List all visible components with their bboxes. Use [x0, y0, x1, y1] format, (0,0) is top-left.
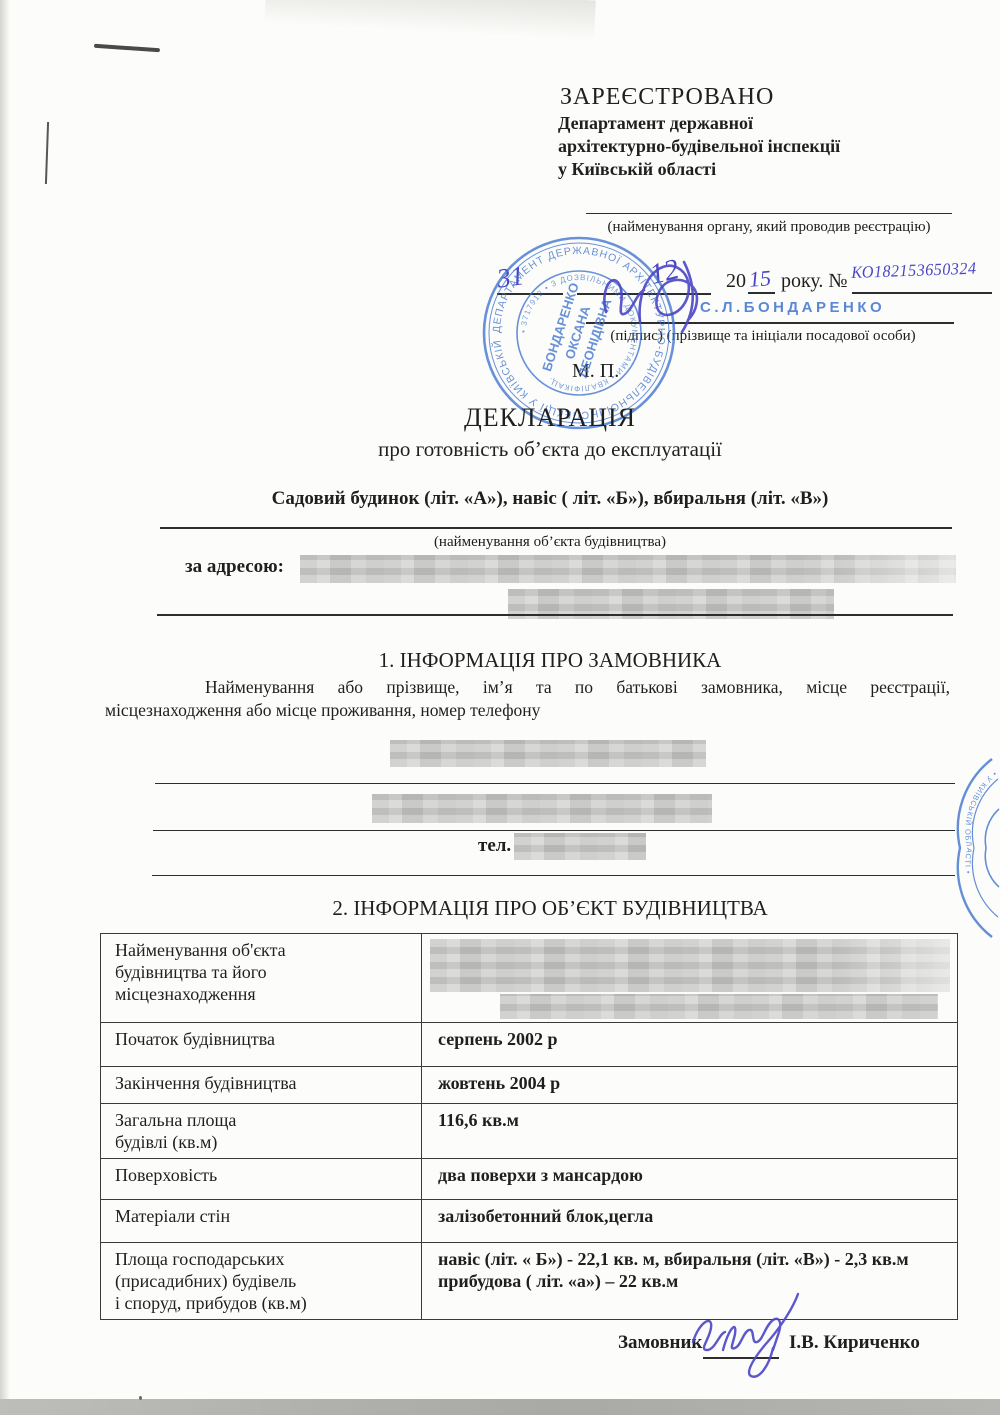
row-label: Поверховість: [101, 1158, 422, 1199]
table-row: Матеріали стін залізобетонний блок,цегла: [101, 1199, 958, 1242]
org-caption-line: [586, 213, 952, 214]
number-blank-line: [852, 292, 992, 294]
section1-desc-line2: місцезнаходження або місце проживання, н…: [105, 700, 805, 721]
scan-dot: [139, 1396, 142, 1400]
object-info-table: Найменування об'єкта будівництва та його…: [100, 933, 958, 1320]
registered-title: ЗАРЕЄСТРОВАНО: [560, 84, 774, 111]
table-row: Загальна площа будівлі (кв.м) 116,6 кв.м: [101, 1104, 958, 1159]
row-label: Початок будівництва: [101, 1023, 422, 1067]
row-value: жовтень 2004 р: [422, 1067, 958, 1104]
row-value: два поверхи з мансардою: [422, 1158, 958, 1199]
row-label: Загальна площа будівлі (кв.м): [101, 1104, 422, 1159]
table-row: Найменування об'єкта будівництва та його…: [101, 934, 958, 1023]
scan-line-mark: [45, 122, 49, 184]
scan-pen-mark: [94, 44, 160, 52]
redacted-customer-address: [372, 794, 712, 823]
redacted-customer-name: [390, 740, 706, 767]
row-value: серпень 2002 р: [422, 1023, 958, 1067]
scan-bottom-band: [0, 1399, 1000, 1415]
redacted-address-line1: [300, 555, 956, 583]
registering-org-line1: Департамент державної: [558, 113, 753, 134]
row-value: 116,6 кв.м: [422, 1104, 958, 1159]
row-label: Закінчення будівництва: [101, 1067, 422, 1104]
table-row: Закінчення будівництва жовтень 2004 р: [101, 1067, 958, 1104]
row-value: залізобетонний блок,цегла: [422, 1199, 958, 1242]
object-caption: (найменування об’єкта будівництва): [300, 534, 800, 551]
row-label: Найменування об'єкта будівництва та його…: [101, 934, 422, 1023]
scan-top-shade: [264, 0, 596, 41]
official-name-stamp: С.Л.БОНДАРЕНКО: [700, 299, 885, 316]
handwritten-year: 15: [748, 265, 772, 293]
section1-line3: [152, 875, 955, 876]
row-label: Площа господарських (присадибних) будіве…: [101, 1242, 422, 1319]
declaration-subtitle: про готовність об’єкта до експлуатації: [300, 437, 800, 462]
table-row: Початок будівництва серпень 2002 р: [101, 1023, 958, 1067]
section2-title: 2. ІНФОРМАЦІЯ ПРО ОБ’ЄКТ БУДІВНИЦТВА: [250, 896, 850, 921]
row-label: Матеріали стін: [101, 1199, 422, 1242]
handwritten-reg-number: КО182153650324: [851, 259, 977, 283]
declaration-title: ДЕКЛАРАЦІЯ: [300, 403, 800, 433]
official-signature: [592, 252, 714, 340]
address-label: за адресою:: [185, 556, 284, 578]
address-bottom-line: [157, 614, 953, 616]
scan-edge-left: [0, 0, 10, 1415]
partial-stamp: • У КИЇВСЬКІЙ ОБЛАСТІ •: [952, 757, 1000, 939]
registering-org-line3: у Київській області: [558, 159, 716, 180]
redacted-object-name-2: [500, 994, 938, 1019]
redacted-phone: [514, 833, 646, 860]
registering-org-line2: архітектурно-будівельної інспекції: [558, 136, 840, 157]
year-suffix-label: року. №: [781, 270, 848, 293]
section1-title: 1. ІНФОРМАЦІЯ ПРО ЗАМОВНИКА: [250, 648, 850, 673]
table-row: Поверховість два поверхи з мансардою: [101, 1158, 958, 1199]
section1-line2: [153, 830, 955, 831]
object-name: Садовий будинок (літ. «А»), навіс ( літ.…: [150, 488, 950, 510]
document-page: ЗАРЕЄСТРОВАНО Департамент державної архі…: [0, 0, 1000, 1415]
table-row: Площа господарських (присадибних) будіве…: [101, 1242, 958, 1319]
row-value: [422, 934, 958, 1023]
customer-name: І.В. Кириченко: [789, 1332, 920, 1354]
section1-line1: [155, 783, 955, 784]
phone-label: тел.: [478, 835, 511, 857]
redacted-object-name: [430, 939, 950, 992]
year-prefix: 20: [726, 270, 746, 293]
object-name-line: [160, 527, 952, 529]
